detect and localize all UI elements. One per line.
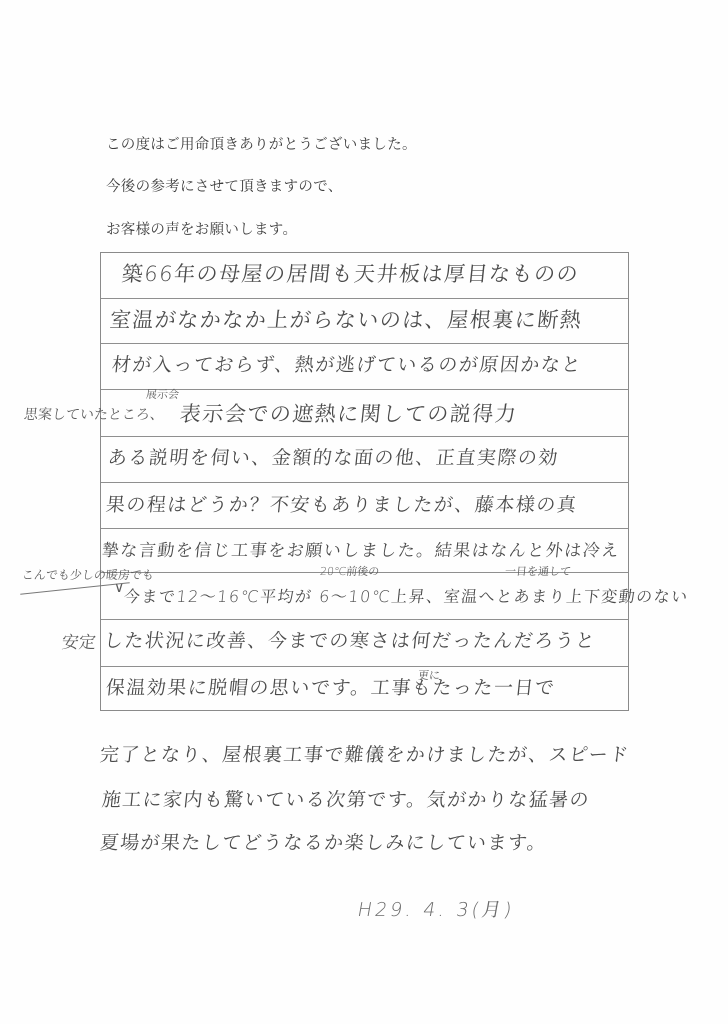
- handwritten-row-6: 果の程はどうか？不安もありましたが、藤本様の真: [105, 490, 579, 517]
- margin-note-row4: 思案していたところ、: [23, 404, 165, 424]
- handwritten-date: H29. 4. 3(月): [356, 895, 517, 922]
- handwritten-row-4: 表示会での遮熱に関しての説得力: [178, 398, 519, 428]
- ruled-line: [101, 389, 628, 390]
- insert-note-row8-b: 一日を通して: [504, 563, 572, 579]
- handwritten-free-line-1: 完了となり、屋根裏工事で難儀をかけましたが、スピード: [99, 740, 631, 767]
- ruled-line: [101, 619, 628, 620]
- header-request-line: お客様の声をお願いします。: [106, 218, 297, 239]
- scanned-document-page: この度はご用命頂きありがとうございました。 今後の参考にさせて頂きますので、 お…: [0, 0, 728, 1024]
- insert-note-row8-a: 20℃前後の: [319, 563, 380, 579]
- header-thanks-line: この度はご用命頂きありがとうございました。: [106, 133, 417, 154]
- handwritten-row-3: 材が入っておらず、熱が逃げているのが原因かなと: [111, 350, 584, 377]
- insert-note-row4: 展示会: [145, 386, 180, 402]
- ruled-line: [101, 343, 628, 344]
- ruled-line: [101, 528, 628, 529]
- header-reference-line: 今後の参考にさせて頂きますので、: [106, 175, 343, 196]
- ruled-line: [101, 482, 628, 483]
- ruled-line: [101, 436, 628, 437]
- handwritten-row-9: した状況に改善、今までの寒さは何だったんだろうと: [103, 626, 598, 653]
- handwritten-row-7: 摯な言動を信じ工事をお願いしました。結果はなんと外は冷え: [101, 536, 622, 561]
- ruled-line: [101, 298, 628, 299]
- handwritten-free-line-3: 夏場が果たしてどうなるか楽しみにしています。: [99, 828, 549, 855]
- handwritten-row-1: 築66年の母屋の居間も天井板は厚目なものの: [120, 258, 580, 288]
- ruled-line: [101, 666, 628, 667]
- handwritten-row-5: ある説明を伺い、金額的な面の他、正直実際の効: [107, 443, 561, 470]
- margin-note-row8: こんでも少しの暖房でも: [21, 566, 155, 583]
- handwritten-row-10: 保温効果に脱帽の思いです。工事もたった一日で: [105, 673, 557, 700]
- margin-note-row9: 安定: [61, 628, 98, 653]
- handwritten-free-line-2: 施工に家内も驚いている次第です。気がかりな猛暑の: [101, 785, 592, 812]
- handwritten-row-2: 室温がなかなか上がらないのは、屋根裏に断熱: [108, 304, 584, 334]
- handwritten-row-8: 今まで12〜16℃平均が 6〜10℃上昇、室温へとあまり上下変動のない: [123, 584, 690, 607]
- insert-caret-icon: ∨: [114, 580, 124, 596]
